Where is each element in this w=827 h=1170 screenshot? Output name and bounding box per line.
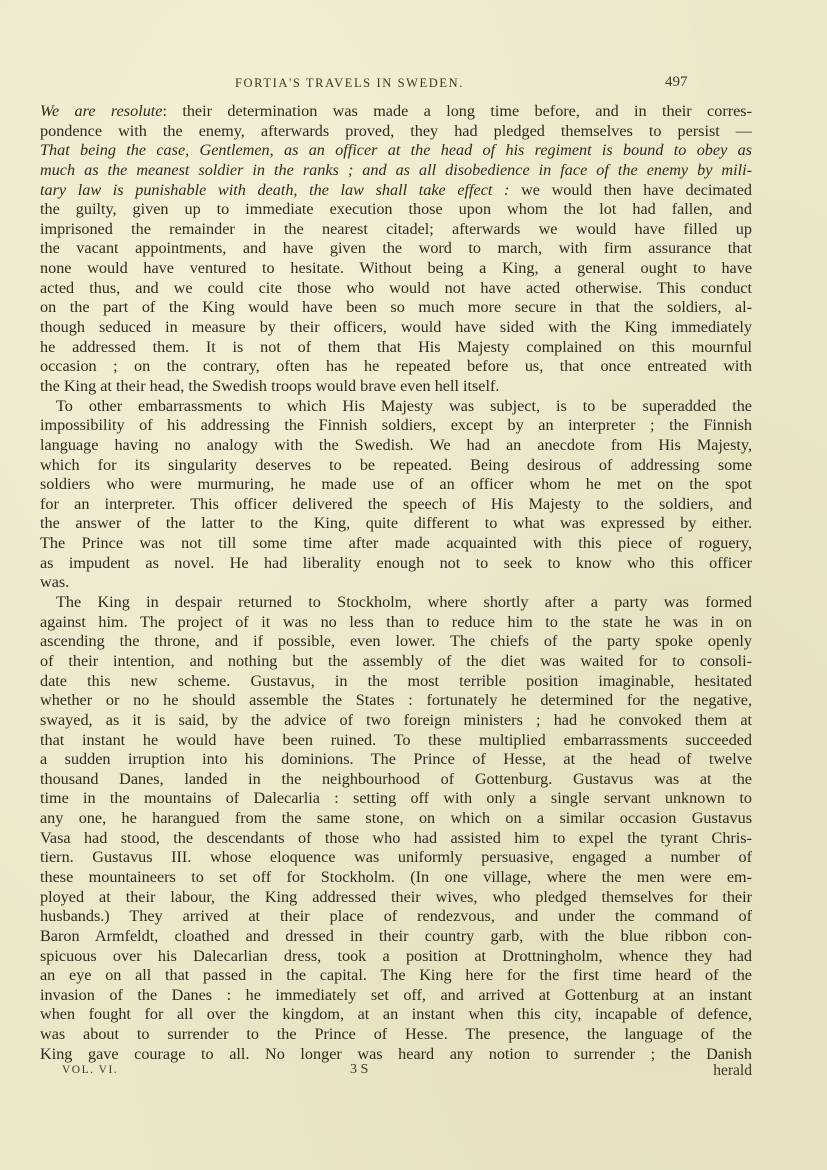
volume-label: VOL. VI.	[62, 1064, 118, 1076]
text-segment: was about to surrender to the Prince of …	[40, 1025, 752, 1043]
text-segment: impossibility of his addressing the Finn…	[40, 416, 752, 434]
text-segment: acted thus, and we could cite those who …	[40, 279, 752, 297]
text-segment: thousand Danes, landed in the neighbourh…	[40, 770, 752, 788]
text-line: ascending the throne, and if possible, e…	[40, 632, 752, 652]
text-line: the answer of the latter to the King, qu…	[40, 514, 752, 534]
text-line: which for its singularity deserves to be…	[40, 456, 752, 476]
text-segment: against him. The project of it was no le…	[40, 613, 752, 631]
page-footer: VOL. VI. 3 S herald	[40, 1064, 752, 1084]
text-segment: ascending the throne, and if possible, e…	[40, 632, 752, 650]
text-segment: the guilty, given up to immediate execut…	[40, 200, 752, 218]
text-line: any one, he harangued from the same ston…	[40, 809, 752, 829]
text-segment: Vasa had stood, the descendants of those…	[40, 829, 752, 847]
text-segment: pondence with the enemy, afterwards prov…	[40, 122, 752, 140]
signature-mark: 3 S	[350, 1062, 368, 1078]
text-line: pondence with the enemy, afterwards prov…	[40, 122, 752, 142]
text-line: tary law is punishable with death, the l…	[40, 181, 752, 201]
italic-text: tary law is punishable with death, the l…	[40, 181, 509, 199]
text-segment: of their intention, and nothing but the …	[40, 652, 752, 670]
text-line: date this new scheme. Gustavus, in the m…	[40, 672, 752, 692]
text-segment: soldiers who were murmuring, he made use…	[40, 475, 752, 493]
text-segment: The King in despair returned to Stockhol…	[56, 593, 752, 611]
text-segment: as impudent as novel. He had liberality …	[40, 554, 752, 572]
text-line: ployed at their labour, the King address…	[40, 888, 752, 908]
text-line: The Prince was not till some time after …	[40, 534, 752, 554]
running-title: FORTIA'S TRAVELS IN SWEDEN.	[235, 76, 464, 91]
italic-text: We are resolute	[40, 102, 162, 120]
text-line: on the part of the King would have been …	[40, 298, 752, 318]
text-segment: date this new scheme. Gustavus, in the m…	[40, 672, 752, 690]
text-segment: though seduced in measure by their offic…	[40, 318, 752, 336]
text-line: acted thus, and we could cite those who …	[40, 279, 752, 299]
text-segment: on the part of the King would have been …	[40, 298, 752, 316]
text-segment: time in the mountains of Dalecarlia : se…	[40, 789, 752, 807]
text-segment: tiern. Gustavus III. whose eloquence was…	[40, 848, 752, 866]
text-line: imprisoned the remainder in the nearest …	[40, 220, 752, 240]
text-line: impossibility of his addressing the Finn…	[40, 416, 752, 436]
text-line: was.	[40, 573, 752, 593]
text-line: invasion of the Danes : he immediately s…	[40, 986, 752, 1006]
text-segment: which for its singularity deserves to be…	[40, 456, 752, 474]
text-segment: that instant he would have been ruined. …	[40, 731, 752, 749]
text-segment: occasion ; on the contrary, often has he…	[40, 357, 752, 375]
text-line: a sudden irruption into his dominions. T…	[40, 750, 752, 770]
italic-text: Gentlemen,	[200, 141, 274, 159]
text-segment: when fought for all over the kingdom, at…	[40, 1005, 752, 1023]
text-line: these mountaineers to set off for Stockh…	[40, 868, 752, 888]
text-segment: the answer of the latter to the King, qu…	[40, 514, 752, 532]
text-line: against him. The project of it was no le…	[40, 613, 752, 633]
text-line: he addressed them. It is not of them tha…	[40, 338, 752, 358]
text-segment: King gave courage to all. No longer was …	[40, 1045, 752, 1063]
text-line: whether or no he should assemble the Sta…	[40, 691, 752, 711]
text-segment: Baron Armfeldt, cloathed and dressed in …	[40, 927, 752, 945]
text-line: none would have ventured to hesitate. Wi…	[40, 259, 752, 279]
text-line: tiern. Gustavus III. whose eloquence was…	[40, 848, 752, 868]
text-line: when fought for all over the kingdom, at…	[40, 1005, 752, 1025]
text-line: the vacant appointments, and have given …	[40, 239, 752, 259]
text-line: That being the case, Gentlemen, as an of…	[40, 141, 752, 161]
text-line: of their intention, and nothing but the …	[40, 652, 752, 672]
text-line: much as the meanest soldier in the ranks…	[40, 161, 752, 181]
text-line: spicuous over his Dalecarlian dress, too…	[40, 947, 752, 967]
text-line: the guilty, given up to immediate execut…	[40, 200, 752, 220]
text-segment: was.	[40, 573, 69, 591]
italic-text: much as the meanest soldier in the ranks…	[40, 161, 752, 179]
text-segment: these mountaineers to set off for Stockh…	[40, 868, 752, 886]
text-segment: swayed, as it is said, by the advice of …	[40, 711, 752, 729]
text-line: an eye on all that passed in the capital…	[40, 966, 752, 986]
text-line: that instant he would have been ruined. …	[40, 731, 752, 751]
running-head: FORTIA'S TRAVELS IN SWEDEN. 497	[40, 68, 752, 94]
text-line: husbands.) They arrived at their place o…	[40, 907, 752, 927]
text-line: for an interpreter. This officer deliver…	[40, 495, 752, 515]
italic-text: That being the case,	[40, 141, 200, 159]
text-segment: an eye on all that passed in the capital…	[40, 966, 752, 984]
text-segment: : their determination was made a long ti…	[162, 102, 752, 120]
text-segment: imprisoned the remainder in the nearest …	[40, 220, 752, 238]
text-segment: husbands.) They arrived at their place o…	[40, 907, 752, 925]
body-text: We are resolute: their determination was…	[40, 102, 752, 1064]
text-segment: invasion of the Danes : he immediately s…	[40, 986, 752, 1004]
text-segment: he addressed them. It is not of them tha…	[40, 338, 752, 356]
text-segment: none would have ventured to hesitate. Wi…	[40, 259, 752, 277]
text-segment: the vacant appointments, and have given …	[40, 239, 752, 257]
text-line: language having no analogy with the Swed…	[40, 436, 752, 456]
text-line: soldiers who were murmuring, he made use…	[40, 475, 752, 495]
text-segment: spicuous over his Dalecarlian dress, too…	[40, 947, 752, 965]
text-segment: ployed at their labour, the King address…	[40, 888, 752, 906]
text-line: occasion ; on the contrary, often has he…	[40, 357, 752, 377]
text-segment: whether or no he should assemble the Sta…	[40, 691, 752, 709]
page-number: 497	[665, 74, 688, 91]
text-segment: language having no analogy with the Swed…	[40, 436, 752, 454]
text-line: King gave courage to all. No longer was …	[40, 1045, 752, 1065]
text-line: time in the mountains of Dalecarlia : se…	[40, 789, 752, 809]
text-line: Vasa had stood, the descendants of those…	[40, 829, 752, 849]
text-segment: for an interpreter. This officer deliver…	[40, 495, 752, 513]
text-line: We are resolute: their determination was…	[40, 102, 752, 122]
text-line: The King in despair returned to Stockhol…	[40, 593, 752, 613]
text-line: Baron Armfeldt, cloathed and dressed in …	[40, 927, 752, 947]
text-segment: To other embarrassments to which His Maj…	[56, 397, 752, 415]
text-segment: The Prince was not till some time after …	[40, 534, 752, 552]
text-segment: the King at their head, the Swedish troo…	[40, 377, 499, 395]
text-line: though seduced in measure by their offic…	[40, 318, 752, 338]
text-segment: any one, he harangued from the same ston…	[40, 809, 752, 827]
book-page: FORTIA'S TRAVELS IN SWEDEN. 497 We are r…	[40, 68, 752, 1084]
text-line: was about to surrender to the Prince of …	[40, 1025, 752, 1045]
text-line: the King at their head, the Swedish troo…	[40, 377, 752, 397]
text-line: thousand Danes, landed in the neighbourh…	[40, 770, 752, 790]
catchword: herald	[713, 1062, 752, 1080]
italic-text: as an officer at the head of his regimen…	[274, 141, 752, 159]
text-segment: we would then have decimated	[509, 181, 752, 199]
text-line: as impudent as novel. He had liberality …	[40, 554, 752, 574]
text-segment: a sudden irruption into his dominions. T…	[40, 750, 752, 768]
text-line: swayed, as it is said, by the advice of …	[40, 711, 752, 731]
text-line: To other embarrassments to which His Maj…	[40, 397, 752, 417]
